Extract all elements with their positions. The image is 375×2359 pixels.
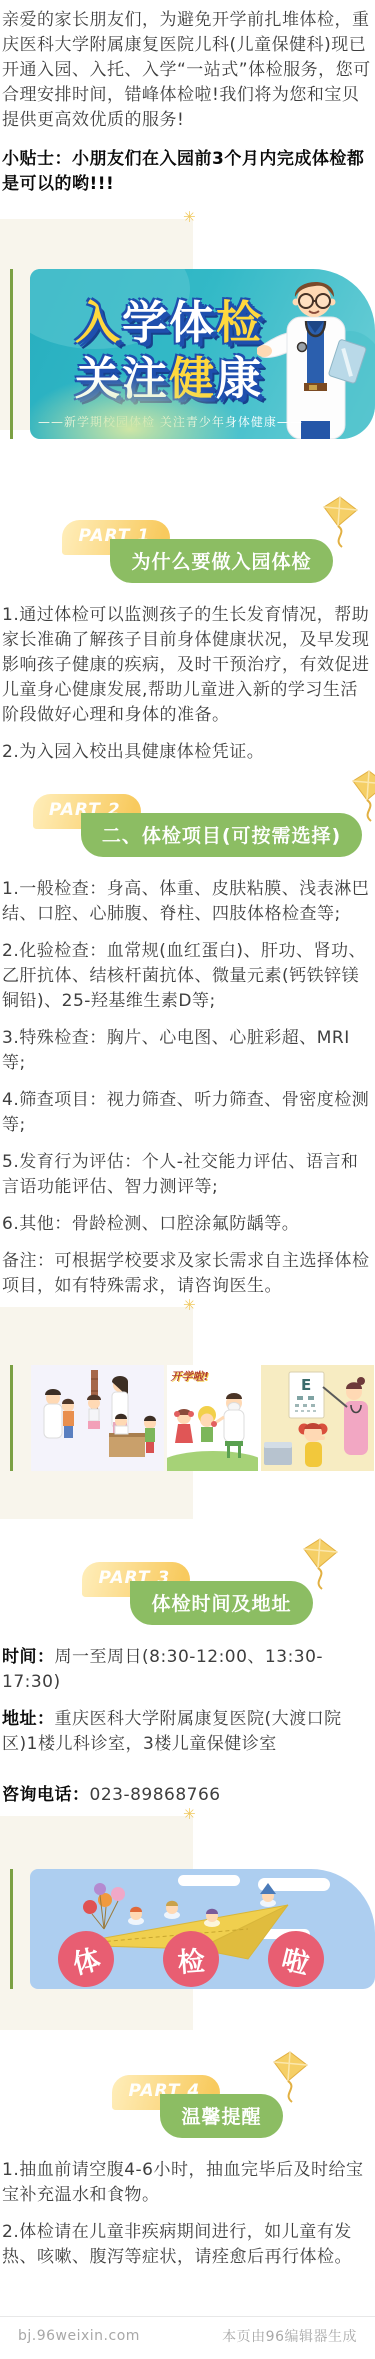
section-paragraph: 3.特殊检查：胸片、心电图、心脏彩超、MRI等; [2,1026,373,1076]
kite-icon [315,495,363,549]
phone-number: 023-89868766 [90,1785,221,1805]
section-title: 为什么要做入园体检 [110,539,332,583]
section-paragraph: 6.其他：骨龄检测、口腔涂氟防龋等。 [2,1212,373,1237]
section-part4: PART 4 温馨提醒 1.抽血前请空腹4-6小时，抽血完毕后及时给宝宝补充温水… [0,2094,375,2270]
tips-note: 小贴士：小朋友们在入园前3个月内完成体检都是可以的哟!!! [2,147,373,197]
banner-image[interactable]: 入学体检 关注健康 [30,269,375,439]
part2-badge: PART 2 二、体检项目(可按需选择) [81,813,362,857]
info-label: 地址： [2,1709,55,1729]
eye-chart-letter-slot: E [301,1376,311,1394]
footer-site-text: bj.96weixin.com [18,2328,140,2344]
section-part2: PART 2 二、体检项目(可按需选择) 1.一般检查：身高、体重、皮肤粘膜、浅… [0,813,375,1299]
section-title: 二、体检项目(可按需选择) [81,813,362,857]
classroom-caption: 开学啦! [171,1368,209,1384]
part3-badge: PART 3 体检时间及地址 [130,1581,312,1625]
photo-classroom[interactable]: 开学啦! [167,1365,259,1471]
part4-badge: PART 4 温馨提醒 [160,2094,282,2138]
flower-icon: ✳ [183,1807,196,1822]
banner-subtitle: ——新学期校园体检 关注青少年身体健康—— [38,413,300,430]
banner-figure: ✳ 入学体检 关注健康 [0,219,375,491]
section-paragraph: 1.抽血前请空腹4-6小时，抽血完毕后及时给宝宝补充温水和食物。 [2,2158,373,2208]
info-line-address: 地址：重庆医科大学附属康复医院(大渡口院区)1楼儿科诊室，3楼儿童保健诊室 [2,1707,373,1757]
info-label: 咨询电话： [2,1785,90,1805]
photo-strip: 开学啦! E [31,1365,374,1471]
section-paragraph: 5.发育行为评估：个人-社交能力评估、语言和言语功能评估、智力测评等; [2,1150,373,1200]
section-paragraph: 1.通过体检可以监测孩子的生长发育情况，帮助家长准确了解孩子目前身体健康状况，及… [2,603,373,728]
accent-line [10,1365,13,1471]
plane-figure: ✳ 体 检 啦 [0,1816,375,2046]
section-paragraph: 备注：可根据学校要求及家长需求自主选择体检项目，如有特殊需求，请咨询医生。 [2,1249,373,1299]
section-part3: PART 3 体检时间及地址 时间：周一至周日(8:30-12:00、13:30… [0,1581,375,1808]
part1-badge: PART 1 为什么要做入园体检 [110,539,332,583]
section-paragraph: 4.筛查项目：视力筛查、听力筛查、骨密度检测等; [2,1088,373,1138]
section-paragraph: 2.化验检查：血常规(血红蛋白)、肝功、肾功、乙肝抗体、结核杆菌抗体、微量元素(… [2,939,373,1014]
section-part1: PART 1 为什么要做入园体检 1.通过体检可以监测孩子的生长发育情况，帮助家… [0,539,375,765]
photos-figure: ✳ [0,1307,375,1533]
section-title: 体检时间及地址 [130,1581,312,1625]
flower-icon: ✳ [183,210,196,225]
kite-icon [295,1537,343,1591]
kite-icon [265,2050,313,2104]
info-line-time: 时间：周一至周日(8:30-12:00、13:30-17:30) [2,1645,373,1695]
footer: bj.96weixin.com 本页由96编辑器生成 [0,2316,375,2359]
footer-credit: 本页由96编辑器生成 [222,2326,357,2346]
photo-eye-test[interactable]: E [261,1365,374,1471]
section-paragraph: 2.体检请在儿童非疾病期间进行，如儿童有发热、咳嗽、腹泻等症状，请痊愈后再行体检… [2,2220,373,2270]
photo-checkup[interactable] [31,1365,164,1471]
intro-paragraph: 亲爱的家长朋友们，为避免开学前扎堆体检，重庆医科大学附属康复医院儿科(儿童保健科… [0,0,375,133]
accent-line [10,269,13,439]
accent-line [10,1869,13,1989]
flower-icon: ✳ [183,1298,196,1313]
info-label: 时间： [2,1647,55,1667]
kite-icon [344,769,375,823]
section-paragraph: 1.一般检查：身高、体重、皮肤粘膜、浅表淋巴结、口腔、心肺腹、脊柱、四肢体格检查… [2,877,373,927]
plane-illustration[interactable]: 体 检 啦 [30,1869,375,1989]
section-paragraph: 2.为入园入校出具健康体检凭证。 [2,740,373,765]
